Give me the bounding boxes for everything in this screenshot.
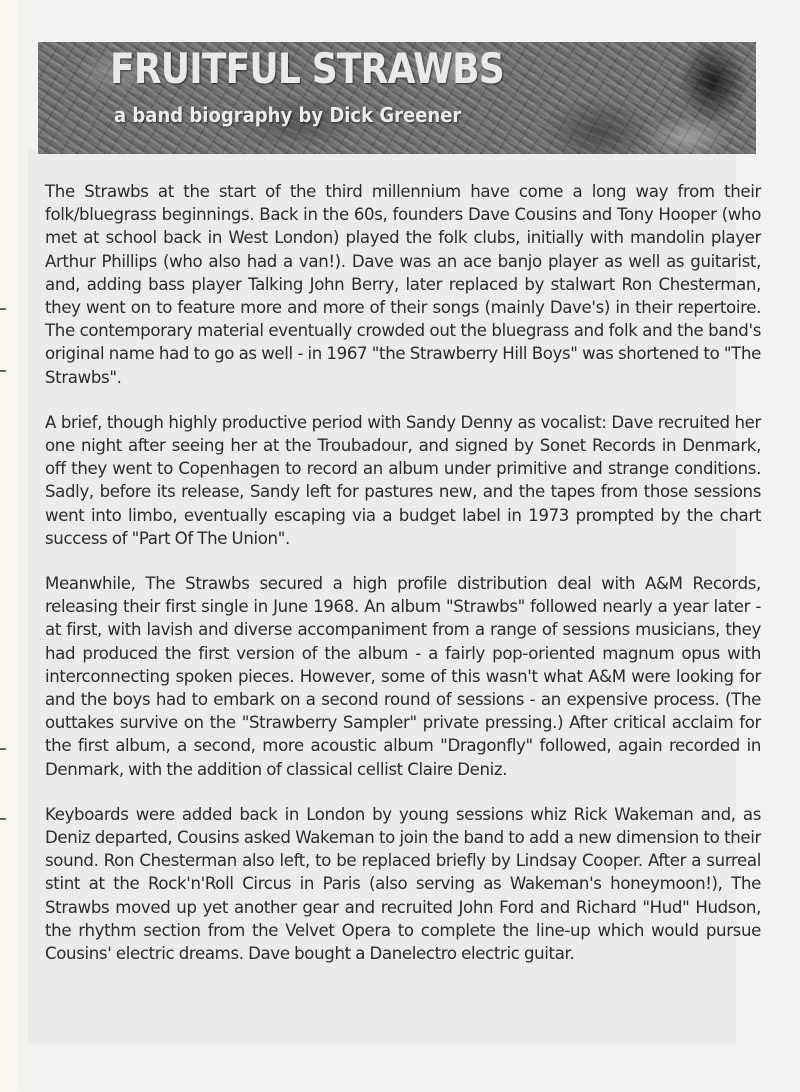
- margin-mark: [0, 818, 6, 820]
- paragraph-origins: The Strawbs at the start of the third mi…: [45, 180, 761, 389]
- margin-mark: [0, 370, 6, 372]
- paragraph-sandy-denny: A brief, though highly productive period…: [45, 411, 761, 550]
- page-edge: [0, 0, 22, 1092]
- title-banner: FRUITFUL STRAWBS a band biography by Dic…: [38, 42, 756, 154]
- article-body: The Strawbs at the start of the third mi…: [45, 180, 761, 987]
- paragraph-am-records: Meanwhile, The Strawbs secured a high pr…: [45, 572, 761, 781]
- margin-mark: [0, 308, 6, 310]
- page-subtitle: a band biography by Dick Greener: [114, 105, 461, 125]
- paragraph-wakeman: Keyboards were added back in London by y…: [45, 803, 761, 965]
- margin-mark: [0, 748, 6, 750]
- page-title: FRUITFUL STRAWBS: [110, 48, 504, 90]
